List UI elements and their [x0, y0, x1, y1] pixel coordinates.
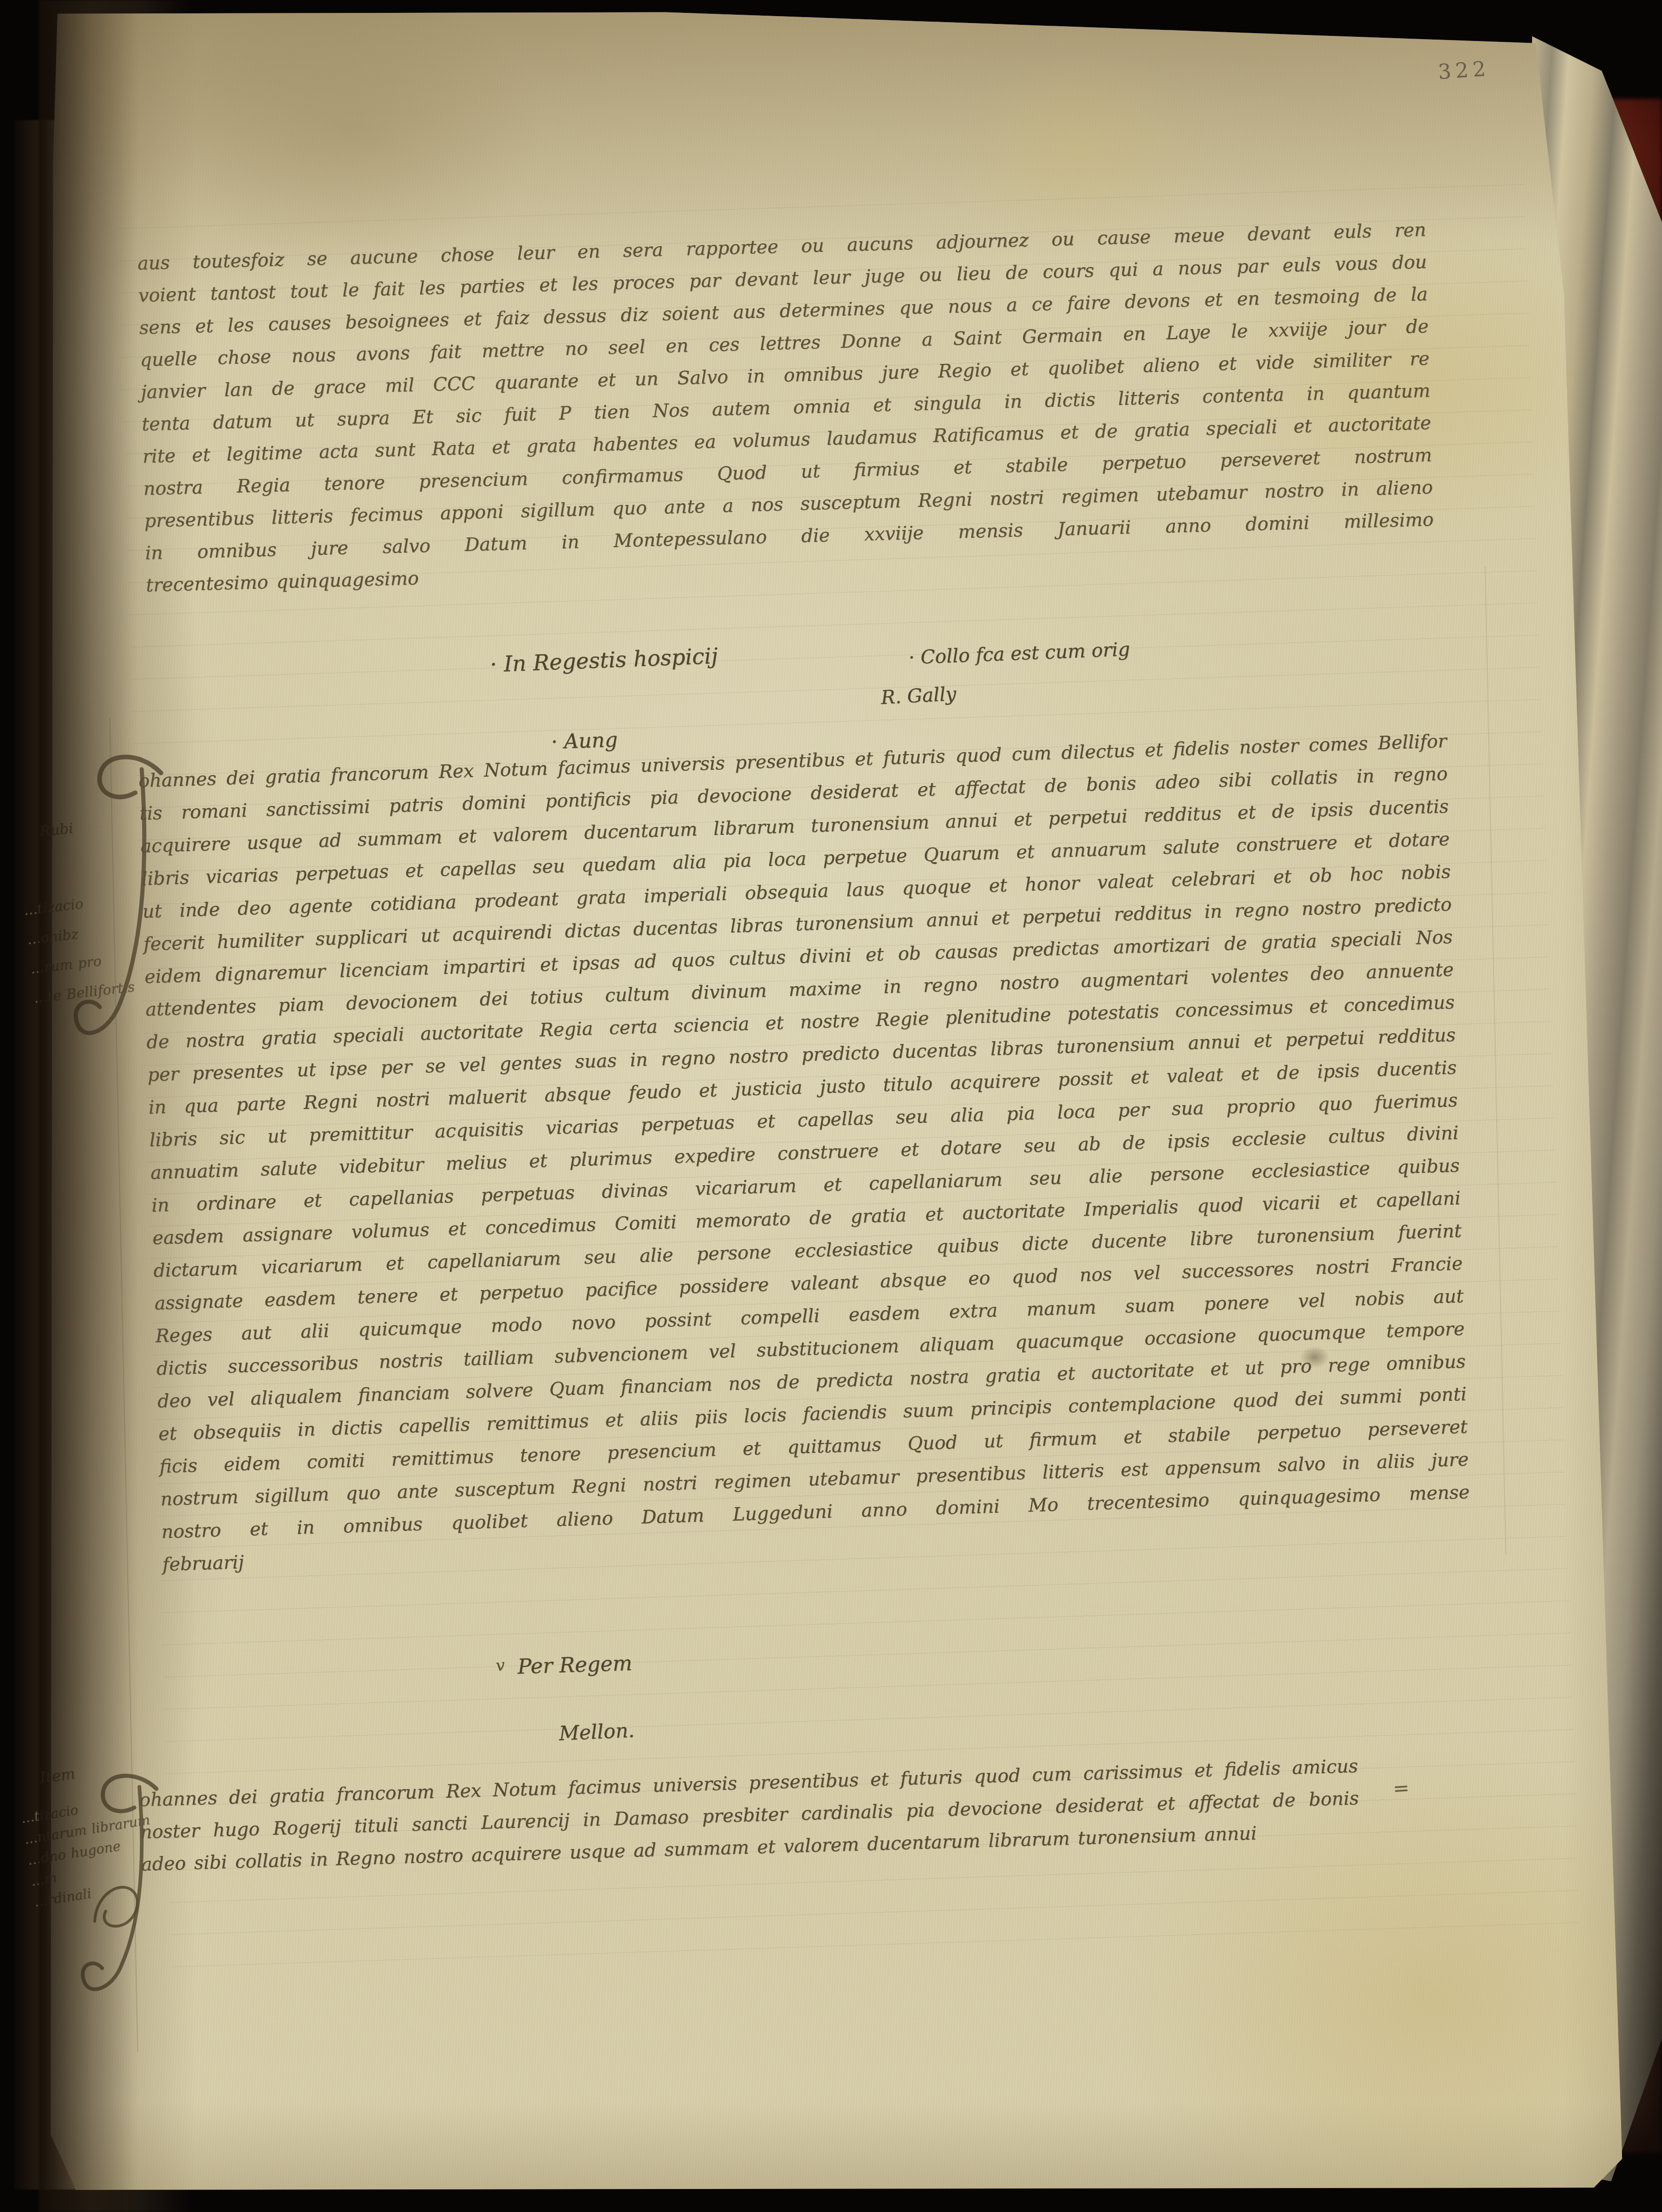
- collation-mark: =: [1392, 1776, 1411, 1800]
- margin-note-1: …tizacio…onibz…rum pro…te Bellifortis: [22, 881, 163, 1013]
- clerk-label: · Aung: [551, 728, 618, 754]
- entry-2-latin-charter: ohannes dei gratia francorum Rex Notum f…: [138, 725, 1471, 1581]
- manuscript-photograph: 322 aus toutesfoiz se aucune chose leur …: [0, 0, 1662, 2212]
- margin-paraph-flourish: [87, 1877, 147, 1937]
- per-regem-authorization: Per Regem: [517, 1651, 633, 1679]
- clerk-signature: Mellon.: [558, 1719, 635, 1745]
- entry-1-french-text: aus toutesfoiz se aucune chose leur en s…: [137, 214, 1435, 602]
- collation-note-signature: R. Gally: [880, 683, 957, 709]
- folio-number: 322: [1437, 56, 1490, 84]
- paraph-mark: v: [495, 1656, 506, 1675]
- margin-note-1-label: Rubi: [39, 820, 74, 840]
